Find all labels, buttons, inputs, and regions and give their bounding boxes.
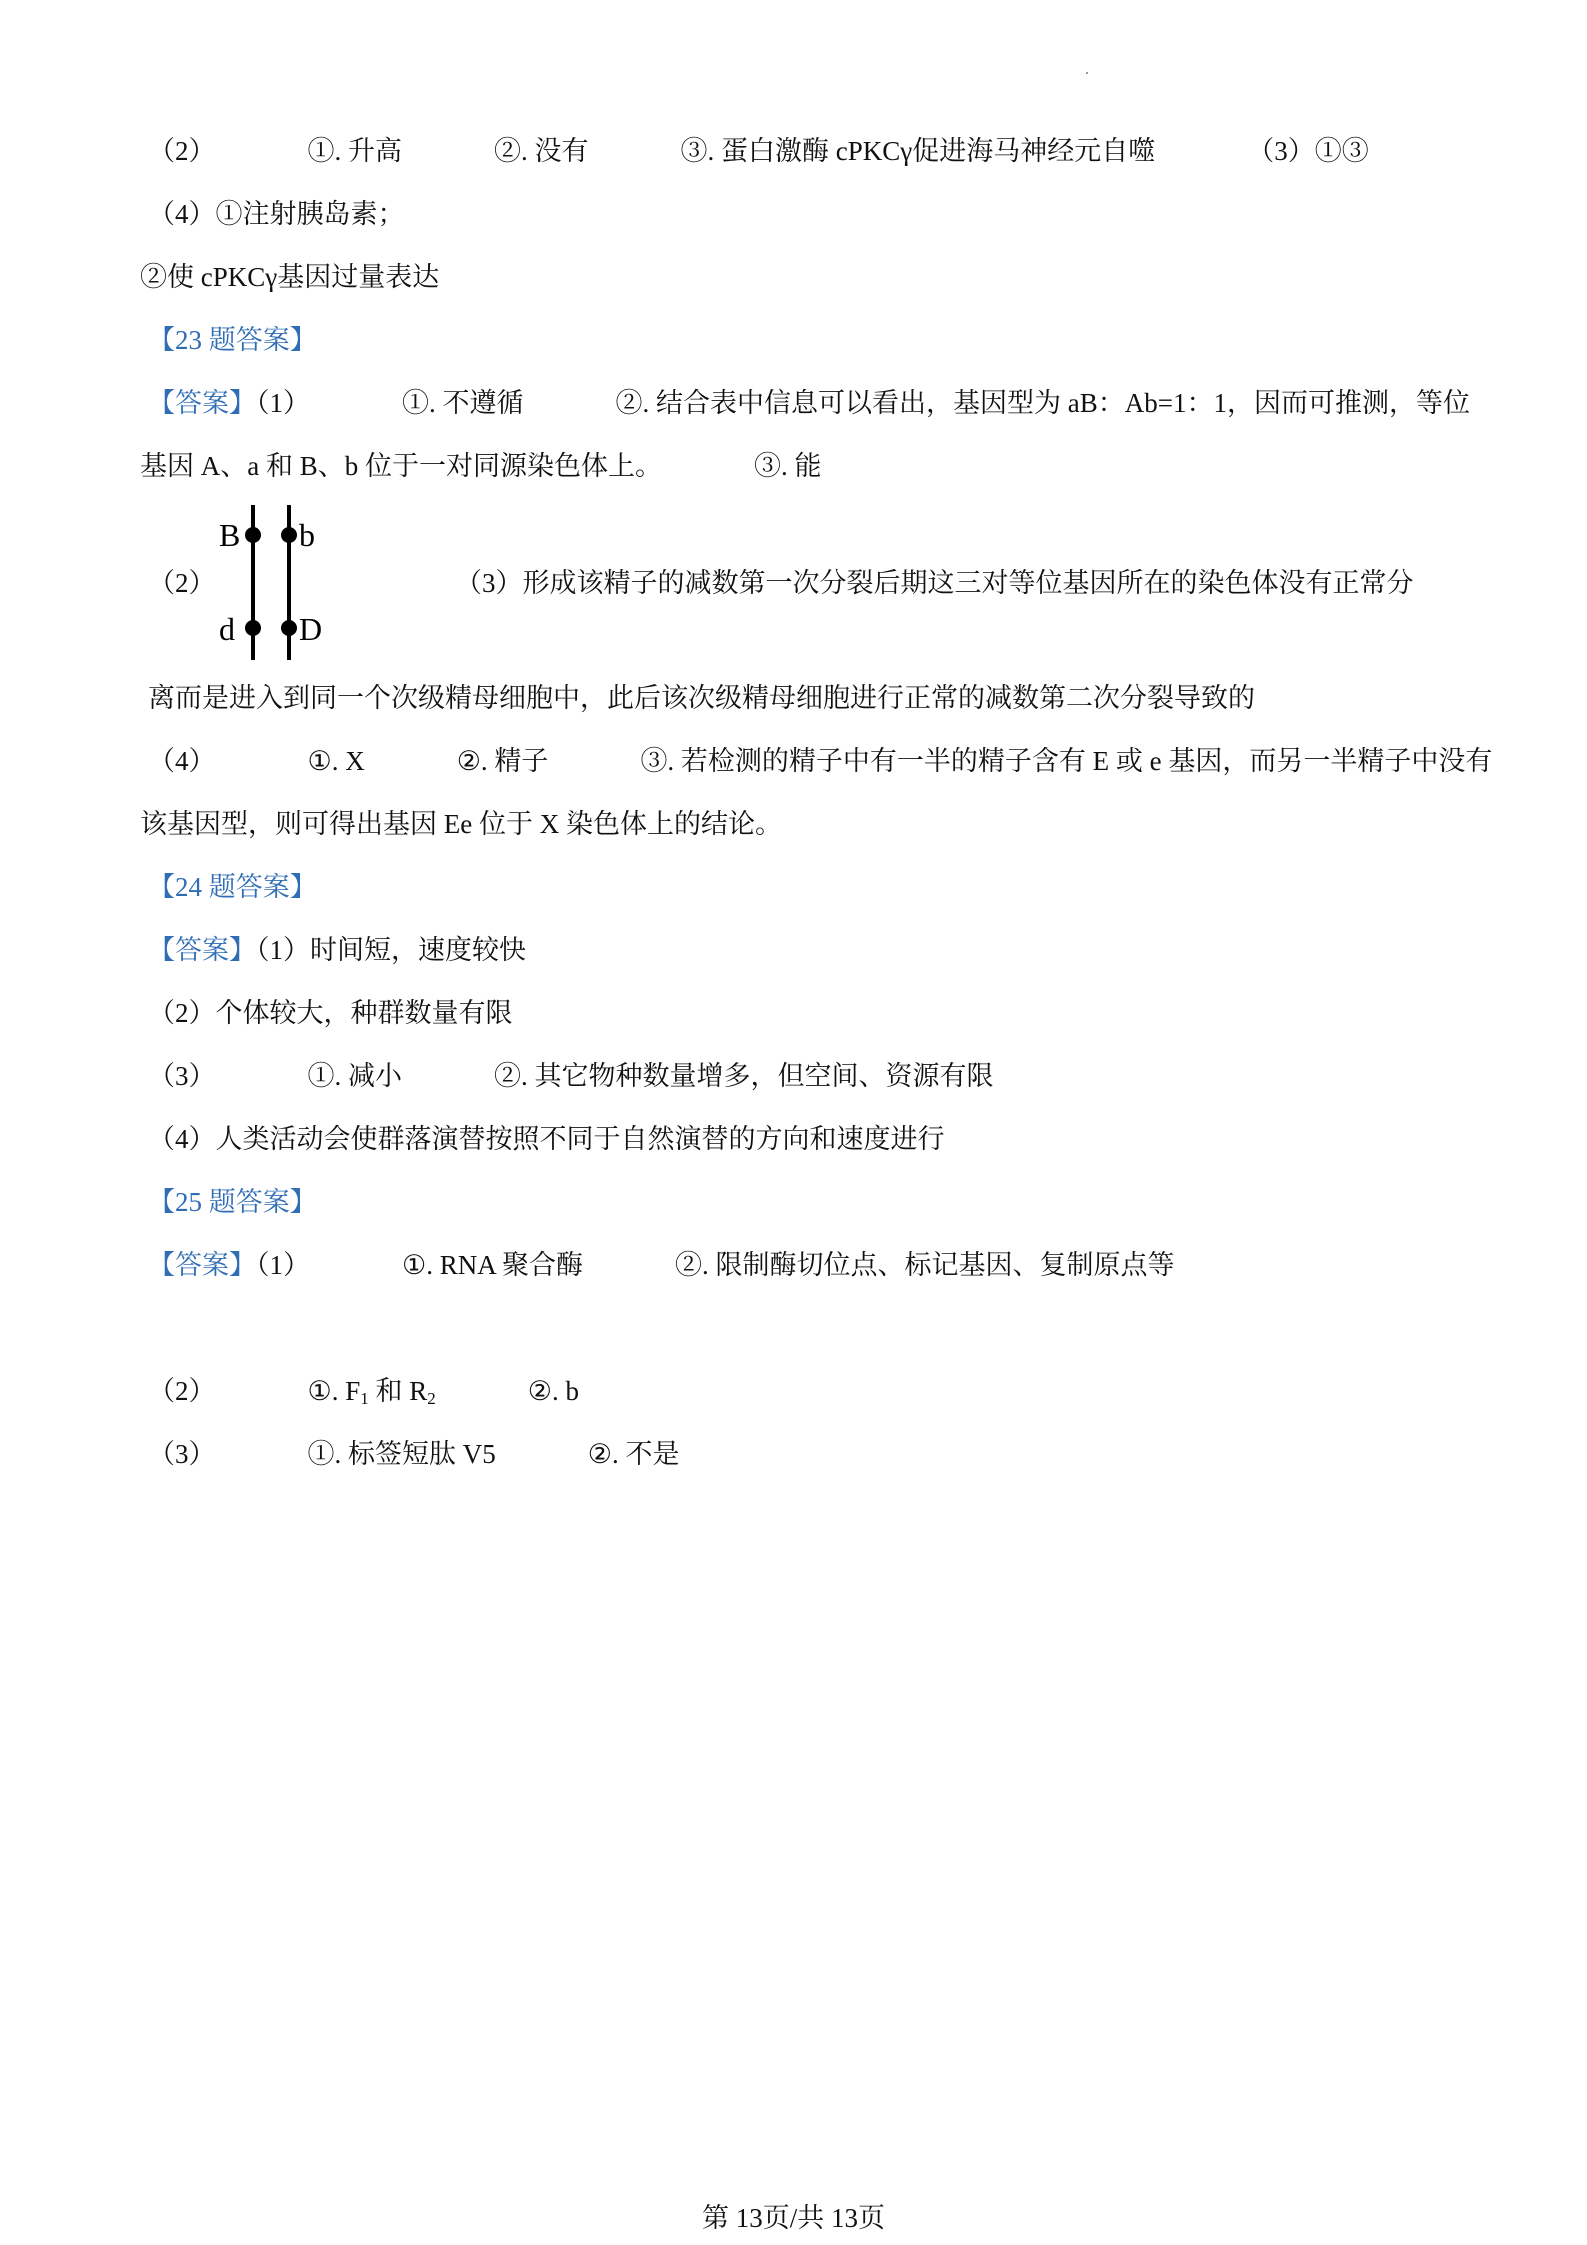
allele-label-D: D: [299, 611, 322, 647]
q24-p2: （2）个体较大，种群数量有限: [148, 995, 513, 1031]
part-label: （1）: [256, 388, 310, 418]
answer-item: ②. 精子: [457, 746, 549, 776]
part-label: （2）: [148, 136, 216, 166]
q24-heading: 【24 题答案】: [148, 869, 317, 905]
answer-item: ①. RNA 聚合酶: [402, 1250, 583, 1280]
answer-item: ②. 不是: [588, 1439, 680, 1469]
q23-p2-label: （2）: [148, 565, 216, 601]
q23-heading: 【23 题答案】: [148, 322, 317, 358]
part-label: （1）: [256, 1250, 310, 1280]
q24-p3: （3）①. 减小②. 其它物种数量增多，但空间、资源有限: [148, 1058, 994, 1094]
part-label: （2）: [148, 1376, 216, 1406]
part-label: （4）: [148, 746, 216, 776]
part-label: （3）: [148, 1061, 216, 1091]
allele-label-b: b: [299, 517, 315, 553]
q25-p2: （2）①. F1 和 R2②. b: [148, 1373, 579, 1409]
answer-item: ①. 标签短肽 V5: [308, 1439, 496, 1469]
q25-heading: 【25 题答案】: [148, 1184, 317, 1220]
answer-item: ②. b: [528, 1376, 579, 1406]
answer-tag: 【答案】: [148, 1250, 256, 1280]
part-label: （3）: [148, 1439, 216, 1469]
answer-continuation: 基因 A、a 和 B、b 位于一对同源染色体上。: [140, 451, 662, 481]
answer-tag: 【答案】: [148, 388, 256, 418]
q23-p4-line-2: 该基因型，则可得出基因 Ee 位于 X 染色体上的结论。: [140, 806, 782, 842]
q23-p3-line-1: （3）形成该精子的减数第一次分裂后期这三对等位基因所在的染色体没有正常分: [455, 565, 1414, 601]
answer-item: （1）时间短，速度较快: [256, 935, 526, 965]
allele-label-d: d: [219, 611, 235, 647]
answer-item: ②. 其它物种数量增多，但空间、资源有限: [494, 1061, 994, 1091]
answer-item: ③. 若检测的精子中有一半的精子含有 E 或 e 基因，而另一半精子中没有: [640, 746, 1492, 776]
q24-p4: （4）人类活动会使群落演替按照不同于自然演替的方向和速度进行: [148, 1121, 945, 1157]
answer-item: （3）①③: [1247, 136, 1369, 166]
q23-p1-line-1: 【答案】（1）①. 不遵循②. 结合表中信息可以看出，基因型为 aB：Ab=1：…: [148, 385, 1450, 421]
document-page: （2）①. 升高②. 没有③. 蛋白激酶 cPKCγ促进海马神经元自噬（3）①③…: [0, 0, 1587, 2245]
q22-line-2: （4）①注射胰岛素；: [148, 196, 405, 232]
q25-p1: 【答案】（1）①. RNA 聚合酶②. 限制酶切位点、标记基因、复制原点等: [148, 1247, 1174, 1283]
chromosome-diagram: B b d D: [215, 500, 375, 665]
scan-speck: [1086, 72, 1088, 74]
q25-p3: （3）①. 标签短肽 V5②. 不是: [148, 1436, 679, 1472]
answer-item: ③. 蛋白激酶 cPKCγ促进海马神经元自噬: [681, 136, 1156, 166]
answer-item: ②. 限制酶切位点、标记基因、复制原点等: [675, 1250, 1175, 1280]
q22-line-1: （2）①. 升高②. 没有③. 蛋白激酶 cPKCγ促进海马神经元自噬（3）①③: [148, 133, 1369, 169]
allele-label-B: B: [219, 517, 240, 553]
q23-p4-line-1: （4）①. X②. 精子③. 若检测的精子中有一半的精子含有 E 或 e 基因，…: [148, 743, 1450, 779]
answer-item: ②. 结合表中信息可以看出，基因型为 aB：Ab=1：1，因而可推测，等位: [616, 388, 1470, 418]
answer-item: ①. 升高: [308, 136, 403, 166]
q23-p3-line-2: 离而是进入到同一个次级精母细胞中，此后该次级精母细胞进行正常的减数第二次分裂导致…: [148, 680, 1255, 716]
answer-item: ①. 不遵循: [402, 388, 524, 418]
answer-item: ①. 减小: [308, 1061, 403, 1091]
answer-item: ①. X: [308, 746, 365, 776]
answer-tag: 【答案】: [148, 935, 256, 965]
answer-item: ②. 没有: [494, 136, 589, 166]
answer-item: ①. F1 和 R2: [308, 1376, 436, 1406]
page-footer: 第 13页/共 13页: [0, 2196, 1587, 2235]
q24-p1: 【答案】（1）时间短，速度较快: [148, 932, 526, 968]
q22-line-3: ②使 cPKCγ基因过量表达: [140, 259, 439, 295]
answer-item: ③. 能: [754, 451, 822, 481]
q23-p1-line-2: 基因 A、a 和 B、b 位于一对同源染色体上。③. 能: [140, 448, 822, 484]
